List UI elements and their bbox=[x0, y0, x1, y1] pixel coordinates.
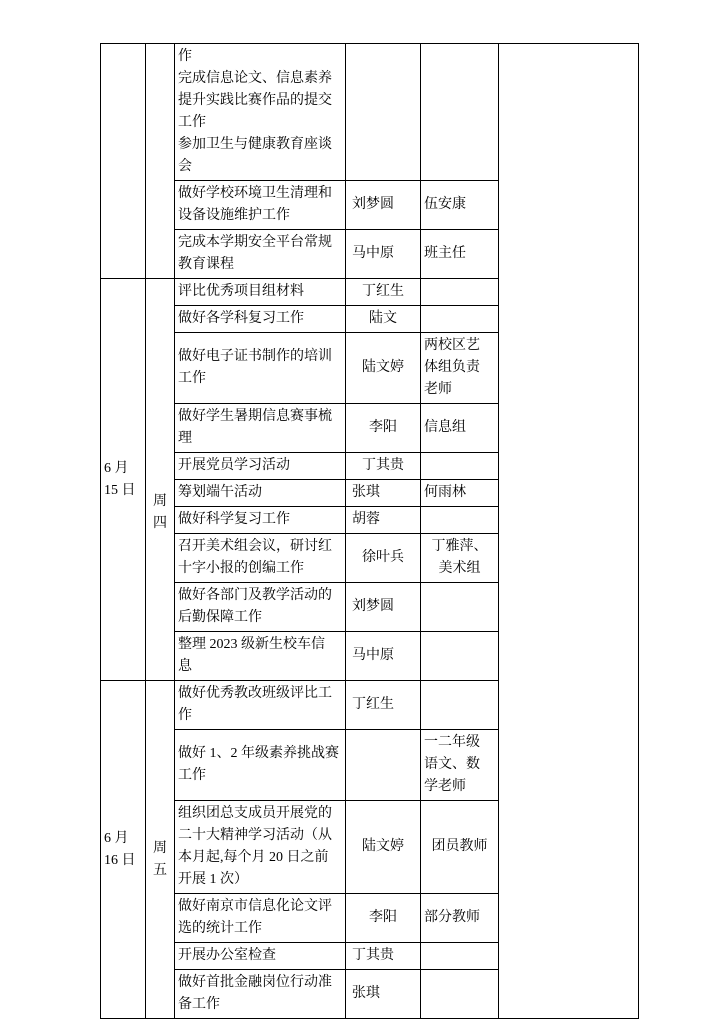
assist-cell bbox=[421, 632, 499, 681]
assist-cell bbox=[421, 279, 499, 306]
person-cell bbox=[346, 44, 421, 181]
weekday-cell: 周 四 bbox=[146, 279, 175, 681]
task-cell: 做好南京市信息化论文评 选的统计工作 bbox=[175, 894, 346, 943]
assist-cell bbox=[421, 306, 499, 333]
task-cell: 筹划端午活动 bbox=[175, 480, 346, 507]
person-cell: 马中原 bbox=[346, 632, 421, 681]
task-cell: 做好首批金融岗位行动准 备工作 bbox=[175, 970, 346, 1019]
assist-cell bbox=[421, 507, 499, 534]
assist-cell: 两校区艺 体组负责 老师 bbox=[421, 333, 499, 404]
date-cell: 6 月 15 日 bbox=[101, 279, 146, 681]
assist-cell: 部分教师 bbox=[421, 894, 499, 943]
task-cell: 组织团总支成员开展党的 二十大精神学习活动（从 本月起,每个月 20 日之前 开… bbox=[175, 801, 346, 894]
task-cell: 作 完成信息论文、信息素养 提升实践比赛作品的提交 工作 参加卫生与健康教育座谈… bbox=[175, 44, 346, 181]
task-cell: 做好学生暑期信息赛事梳 理 bbox=[175, 404, 346, 453]
task-cell: 做好各部门及教学活动的 后勤保障工作 bbox=[175, 583, 346, 632]
date-cell bbox=[101, 44, 146, 279]
assist-cell: 一二年级 语文、数 学老师 bbox=[421, 730, 499, 801]
assist-cell: 班主任 bbox=[421, 230, 499, 279]
notes-column-cell bbox=[499, 44, 639, 1019]
assist-cell bbox=[421, 453, 499, 480]
person-cell bbox=[346, 730, 421, 801]
person-cell: 李阳 bbox=[346, 404, 421, 453]
person-cell: 刘梦圆 bbox=[346, 181, 421, 230]
task-cell: 召开美术组会议，研讨红 十字小报的创编工作 bbox=[175, 534, 346, 583]
assist-cell bbox=[421, 681, 499, 730]
person-cell: 丁红生 bbox=[346, 279, 421, 306]
work-schedule-table: 作 完成信息论文、信息素养 提升实践比赛作品的提交 工作 参加卫生与健康教育座谈… bbox=[100, 43, 639, 1019]
assist-cell: 信息组 bbox=[421, 404, 499, 453]
task-cell: 做好学校环境卫生清理和 设备设施维护工作 bbox=[175, 181, 346, 230]
person-cell: 丁其贵 bbox=[346, 453, 421, 480]
table-row: 作 完成信息论文、信息素养 提升实践比赛作品的提交 工作 参加卫生与健康教育座谈… bbox=[101, 44, 639, 181]
task-cell: 开展办公室检查 bbox=[175, 943, 346, 970]
assist-cell: 何雨林 bbox=[421, 480, 499, 507]
assist-cell bbox=[421, 583, 499, 632]
person-cell: 张琪 bbox=[346, 970, 421, 1019]
task-cell: 做好 1、2 年级素养挑战赛 工作 bbox=[175, 730, 346, 801]
person-cell: 陆文婷 bbox=[346, 801, 421, 894]
person-cell: 张琪 bbox=[346, 480, 421, 507]
assist-cell: 丁雅萍、 美术组 bbox=[421, 534, 499, 583]
assist-cell bbox=[421, 943, 499, 970]
assist-cell: 团员教师 bbox=[421, 801, 499, 894]
task-cell: 开展党员学习活动 bbox=[175, 453, 346, 480]
task-cell: 做好优秀教改班级评比工 作 bbox=[175, 681, 346, 730]
task-cell: 整理 2023 级新生校车信 息 bbox=[175, 632, 346, 681]
person-cell: 刘梦圆 bbox=[346, 583, 421, 632]
assist-cell: 伍安康 bbox=[421, 181, 499, 230]
assist-cell bbox=[421, 970, 499, 1019]
person-cell: 丁红生 bbox=[346, 681, 421, 730]
assist-cell bbox=[421, 44, 499, 181]
task-cell: 做好各学科复习工作 bbox=[175, 306, 346, 333]
person-cell: 丁其贵 bbox=[346, 943, 421, 970]
weekday-cell: 周 五 bbox=[146, 681, 175, 1019]
document-page: 作 完成信息论文、信息素养 提升实践比赛作品的提交 工作 参加卫生与健康教育座谈… bbox=[0, 0, 725, 1024]
person-cell: 陆文婷 bbox=[346, 333, 421, 404]
person-cell: 徐叶兵 bbox=[346, 534, 421, 583]
person-cell: 胡蓉 bbox=[346, 507, 421, 534]
task-cell: 完成本学期安全平台常规 教育课程 bbox=[175, 230, 346, 279]
date-cell: 6 月 16 日 bbox=[101, 681, 146, 1019]
task-cell: 评比优秀项目组材料 bbox=[175, 279, 346, 306]
task-cell: 做好电子证书制作的培训 工作 bbox=[175, 333, 346, 404]
person-cell: 马中原 bbox=[346, 230, 421, 279]
task-cell: 做好科学复习工作 bbox=[175, 507, 346, 534]
weekday-cell bbox=[146, 44, 175, 279]
person-cell: 李阳 bbox=[346, 894, 421, 943]
person-cell: 陆文 bbox=[346, 306, 421, 333]
